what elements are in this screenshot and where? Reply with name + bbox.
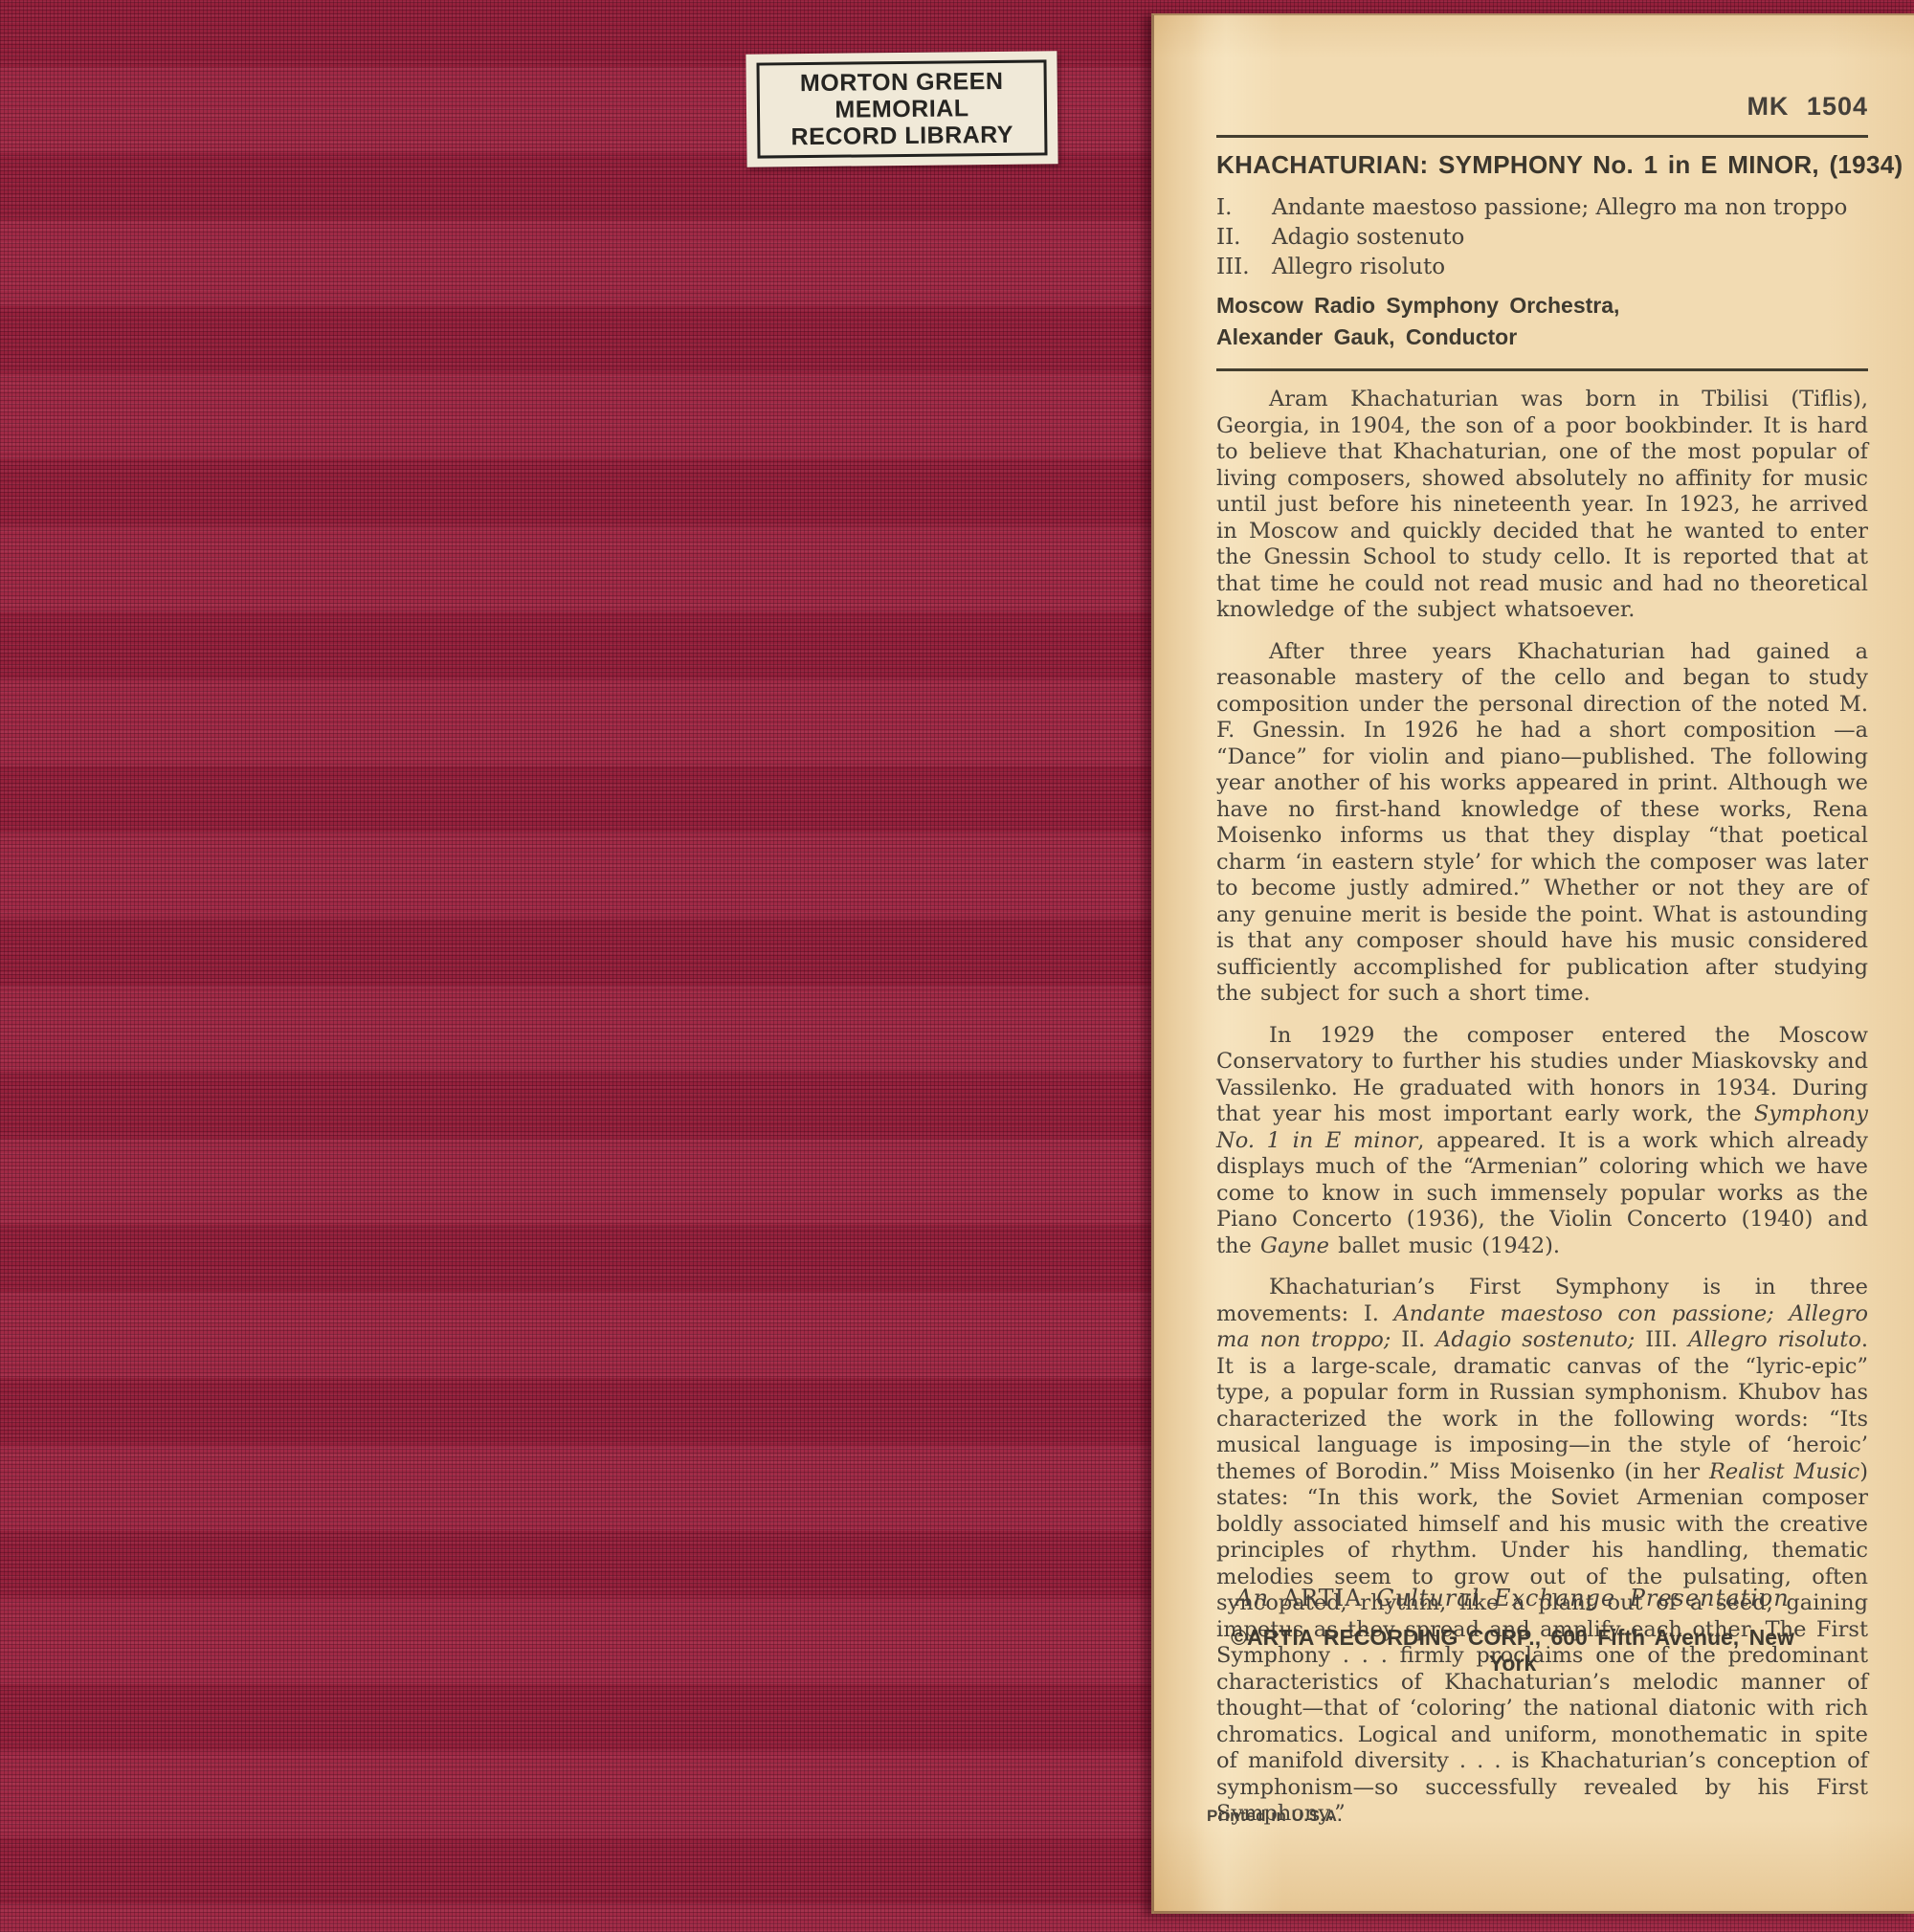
catalog-number: MK 1504 <box>1216 92 1868 122</box>
liner-paragraph-3: In 1929 the composer entered the Moscow … <box>1216 1023 1868 1260</box>
album-back-cover: MORTON GREEN MEMORIAL RECORD LIBRARY MK … <box>0 0 1914 1932</box>
conductor-name: Alexander Gauk, Conductor <box>1216 322 1868 353</box>
liner-paragraph-2: After three years Khachaturian had gaine… <box>1216 639 1868 1008</box>
sticker-line-3: RECORD LIBRARY <box>790 122 1013 150</box>
movement-name: Adagio sostenuto <box>1272 223 1464 253</box>
movement-name: Andante maestoso passione; Allegro ma no… <box>1272 193 1847 223</box>
movement-numeral: III. <box>1216 253 1272 282</box>
liner-paragraph-1: Aram Khachaturian was born in Tbilisi (T… <box>1216 387 1868 624</box>
movement-numeral: II. <box>1216 223 1272 253</box>
liner-notes-panel: MK 1504 KHACHATURIAN: SYMPHONY No. 1 in … <box>1151 13 1914 1914</box>
library-sticker: MORTON GREEN MEMORIAL RECORD LIBRARY <box>746 51 1057 167</box>
copyright-line: ©ARTIA RECORDING CORP., 600 Fifth Avenue… <box>1216 1625 1809 1677</box>
movement-item: II. Adagio sostenuto <box>1216 223 1868 253</box>
divider-rule-header <box>1216 368 1868 371</box>
liner-notes-content: MK 1504 KHACHATURIAN: SYMPHONY No. 1 in … <box>1216 15 1868 1843</box>
presentation-credit: An ARTIA Cultural Exchange Presentation <box>1216 1585 1809 1611</box>
liner-paragraph-4: Khachaturian’s First Symphony is in thre… <box>1216 1275 1868 1828</box>
sticker-line-2: MEMORIAL <box>835 95 968 122</box>
library-sticker-frame: MORTON GREEN MEMORIAL RECORD LIBRARY <box>756 59 1047 158</box>
sticker-line-1: MORTON GREEN <box>800 68 1004 97</box>
movement-item: III. Allegro risoluto <box>1216 253 1868 282</box>
movement-item: I. Andante maestoso passione; Allegro ma… <box>1216 193 1868 223</box>
printed-in-usa: Printed in U.S.A. <box>1207 1807 1343 1826</box>
orchestra-name: Moscow Radio Symphony Orchestra, <box>1216 290 1868 322</box>
movement-list: I. Andante maestoso passione; Allegro ma… <box>1216 193 1868 282</box>
movement-name: Allegro risoluto <box>1272 253 1445 282</box>
album-title: KHACHATURIAN: SYMPHONY No. 1 in E MINOR,… <box>1216 150 1868 180</box>
divider-rule-top <box>1216 135 1868 138</box>
performers-block: Moscow Radio Symphony Orchestra, Alexand… <box>1216 290 1868 353</box>
movement-numeral: I. <box>1216 193 1272 223</box>
